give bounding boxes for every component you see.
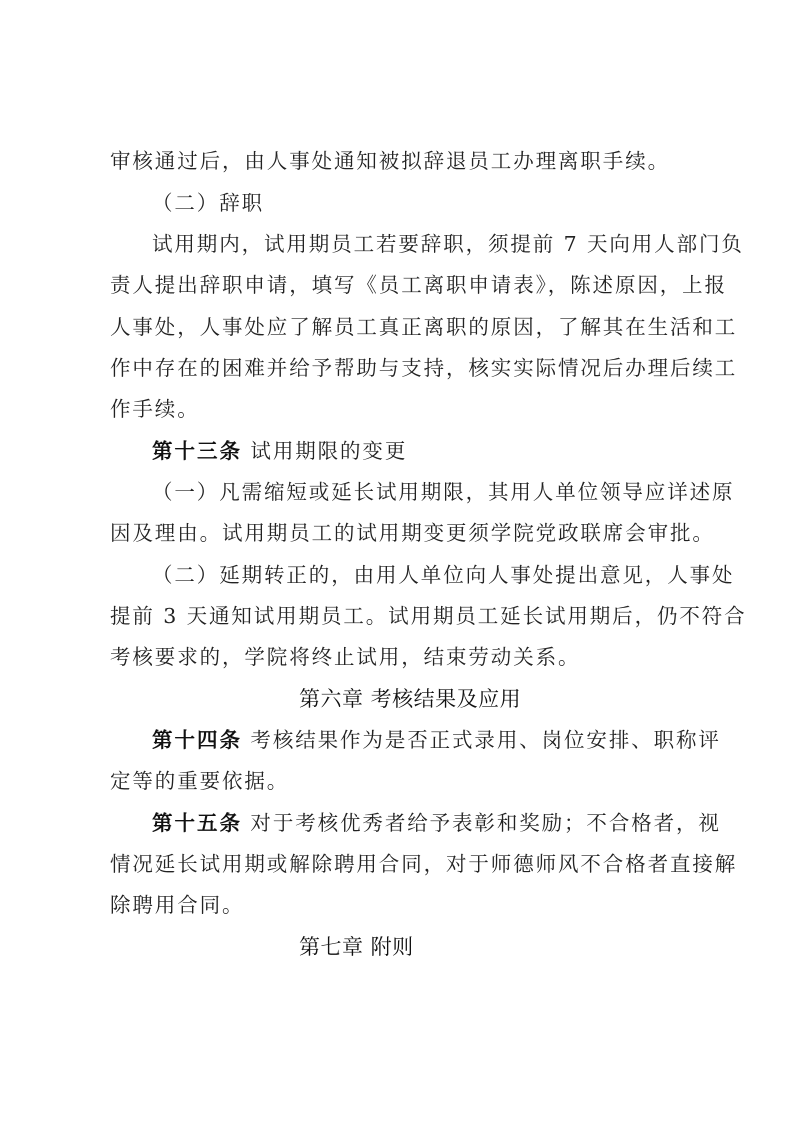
chapter-7-heading: 第七章 附则 xyxy=(299,932,414,962)
paragraph-line: 定等的重要依据。 xyxy=(110,766,692,796)
article-label: 第十三条 xyxy=(152,439,242,463)
article-title: 试用期限的变更 xyxy=(250,439,407,463)
paragraph-line: 作中存在的困难并给予帮助与支持，核实实际情况后办理后续工 xyxy=(110,353,692,383)
chapter-6-heading: 第六章 考核结果及应用 xyxy=(299,684,521,714)
article-15: 第十五条 对于考核优秀者给予表彰和奖励；不合格者，视 xyxy=(152,808,692,838)
paragraph-line: 作手续。 xyxy=(110,394,692,424)
article-13: 第十三条 试用期限的变更 xyxy=(152,436,692,466)
paragraph-line: 审核通过后，由人事处通知被拟辞退员工办理离职手续。 xyxy=(110,146,692,176)
paragraph-line: 情况延长试用期或解除聘用合同，对于师德师风不合格者直接解 xyxy=(110,849,692,879)
paragraph-line: 试用期内，试用期员工若要辞职，须提前 7 天向用人部门负 xyxy=(152,229,692,259)
paragraph-line: （一）凡需缩短或延长试用期限，其用人单位领导应详述原 xyxy=(152,477,692,507)
paragraph-line: 考核要求的，学院将终止试用，结束劳动关系。 xyxy=(110,642,692,672)
section-heading-resignation: （二）辞职 xyxy=(152,188,692,218)
article-label: 第十四条 xyxy=(152,728,242,752)
paragraph-line: 除聘用合同。 xyxy=(110,890,692,920)
article-text: 考核结果作为是否正式录用、岗位安排、职称评 xyxy=(250,728,720,752)
paragraph-line: 提前 3 天通知试用期员工。试用期员工延长试用期后，仍不符合 xyxy=(110,601,692,631)
document-page: 审核通过后，由人事处通知被拟辞退员工办理离职手续。 （二）辞职 试用期内，试用期… xyxy=(0,0,793,1122)
paragraph-line: （二）延期转正的，由用人单位向人事处提出意见，人事处 xyxy=(152,560,692,590)
paragraph-line: 责人提出辞职申请，填写《员工离职申请表》，陈述原因，上报 xyxy=(110,270,692,300)
paragraph-line: 因及理由。试用期员工的试用期变更须学院党政联席会审批。 xyxy=(110,518,692,548)
article-14: 第十四条 考核结果作为是否正式录用、岗位安排、职称评 xyxy=(152,725,692,755)
article-text: 对于考核优秀者给予表彰和奖励；不合格者，视 xyxy=(250,811,720,835)
article-label: 第十五条 xyxy=(152,811,242,835)
paragraph-line: 人事处，人事处应了解员工真正离职的原因，了解其在生活和工 xyxy=(110,312,692,342)
